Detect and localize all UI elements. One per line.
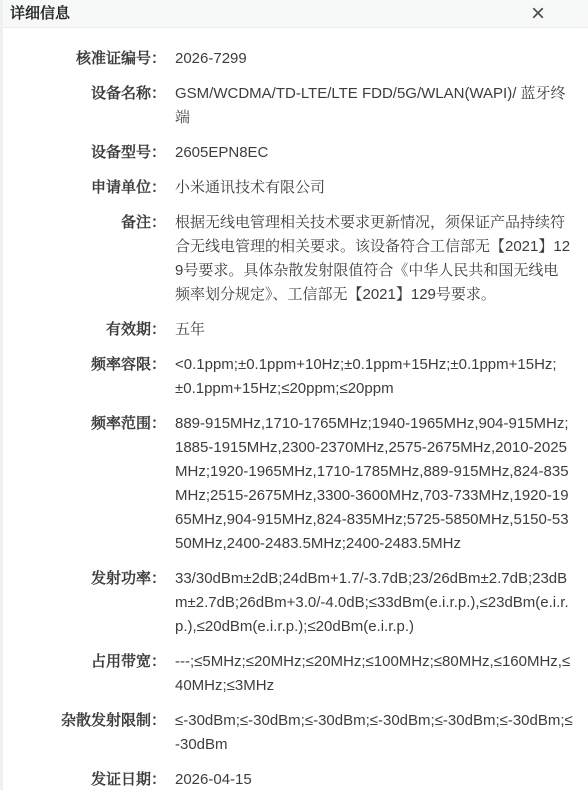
field-label: 申请单位：: [0, 176, 166, 200]
field-row-occupied-bandwidth: 占用带宽： ---;≤5MHz;≤20MHz;≤20MHz;≤100MHz;≤8…: [0, 650, 588, 698]
field-row-device-name: 设备名称： GSM/WCDMA/TD-LTE/LTE FDD/5G/WLAN(W…: [0, 82, 588, 130]
detail-fields: 核准证编号： 2026-7299 设备名称： GSM/WCDMA/TD-LTE/…: [0, 28, 588, 790]
window-left-edge: [0, 0, 3, 790]
field-value: 2026-04-15: [175, 768, 588, 790]
field-label: 设备型号：: [0, 141, 166, 165]
field-value: <0.1ppm;±0.1ppm+10Hz;±0.1ppm+15Hz;±0.1pp…: [175, 353, 588, 401]
field-row-approval-number: 核准证编号： 2026-7299: [0, 47, 588, 71]
field-label: 核准证编号：: [0, 47, 166, 71]
field-value: 根据无线电管理相关技术要求更新情况，须保证产品持续符合无线电管理的相关要求。该设…: [175, 211, 588, 307]
field-row-frequency-tolerance: 频率容限： <0.1ppm;±0.1ppm+10Hz;±0.1ppm+15Hz;…: [0, 353, 588, 401]
field-row-issue-date: 发证日期： 2026-04-15: [0, 768, 588, 790]
field-row-transmit-power: 发射功率： 33/30dBm±2dB;24dBm+1.7/-3.7dB;23/2…: [0, 567, 588, 639]
field-row-device-model: 设备型号： 2605EPN8EC: [0, 141, 588, 165]
field-row-frequency-range: 频率范围： 889-915MHz,1710-1765MHz;1940-1965M…: [0, 412, 588, 556]
field-value: 2605EPN8EC: [175, 141, 588, 165]
field-label: 设备名称：: [0, 82, 166, 106]
field-value: 小米通讯技术有限公司: [175, 176, 588, 200]
field-value: 2026-7299: [175, 47, 588, 71]
field-label: 备注：: [0, 211, 166, 235]
field-label: 频率容限：: [0, 353, 166, 377]
detail-panel: 详细信息 × 核准证编号： 2026-7299 设备名称： GSM/WCDMA/…: [0, 0, 588, 790]
field-value: 五年: [175, 318, 588, 342]
field-value: GSM/WCDMA/TD-LTE/LTE FDD/5G/WLAN(WAPI)/ …: [175, 82, 588, 130]
field-label: 频率范围：: [0, 412, 166, 436]
field-label: 有效期：: [0, 318, 166, 342]
field-value: ≤-30dBm;≤-30dBm;≤-30dBm;≤-30dBm;≤-30dBm;…: [175, 709, 588, 757]
panel-header: 详细信息 ×: [0, 0, 588, 28]
close-icon: ×: [531, 0, 545, 27]
field-row-remarks: 备注： 根据无线电管理相关技术要求更新情况，须保证产品持续符合无线电管理的相关要…: [0, 211, 588, 307]
field-label: 杂散发射限制：: [0, 709, 166, 733]
field-row-applicant: 申请单位： 小米通讯技术有限公司: [0, 176, 588, 200]
field-label: 发射功率：: [0, 567, 166, 591]
field-value: 889-915MHz,1710-1765MHz;1940-1965MHz,904…: [175, 412, 588, 556]
field-value: 33/30dBm±2dB;24dBm+1.7/-3.7dB;23/26dBm±2…: [175, 567, 588, 639]
field-row-spurious-emission-limit: 杂散发射限制： ≤-30dBm;≤-30dBm;≤-30dBm;≤-30dBm;…: [0, 709, 588, 757]
page-title: 详细信息: [10, 0, 70, 28]
close-button[interactable]: ×: [531, 4, 545, 24]
field-label: 发证日期：: [0, 768, 166, 790]
field-label: 占用带宽：: [0, 650, 166, 674]
field-value: ---;≤5MHz;≤20MHz;≤20MHz;≤100MHz;≤80MHz,≤…: [175, 650, 588, 698]
field-row-validity: 有效期： 五年: [0, 318, 588, 342]
